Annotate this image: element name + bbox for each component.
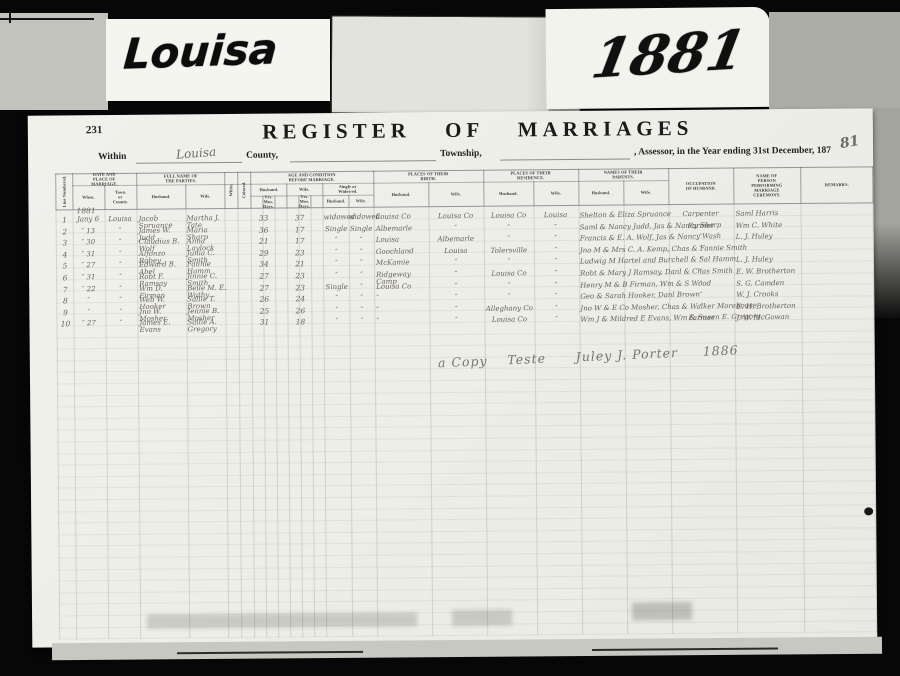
cell-w_age: 26 xyxy=(288,307,312,315)
cell-occupation: ″ xyxy=(672,303,730,311)
cell-w_age: 21 xyxy=(288,261,312,269)
cell-occupation: Carpenter xyxy=(672,210,730,218)
cell-h_age: 29 xyxy=(252,249,276,257)
cell-no: 1 xyxy=(58,216,72,223)
cell-minister: S. G. Camden xyxy=(736,279,804,287)
cell-birth_w: ″ xyxy=(429,282,483,290)
cell-town: ″ xyxy=(105,239,136,246)
col-header-single-widowed: Single or Widowed. xyxy=(322,183,373,195)
cell-no: 8 xyxy=(58,297,72,304)
cell-minister: E. W. Brotherton xyxy=(736,268,804,276)
cell-town: ″ xyxy=(105,274,136,281)
cell-w_age: 23 xyxy=(288,272,312,280)
cell-w_age: 24 xyxy=(288,295,312,303)
cell-occupation: Farmer xyxy=(672,222,730,230)
col-header-age-condition: AGE AND CONDITION BEFORE MARRIAGE. xyxy=(250,171,373,184)
cell-minister: Wm C. White xyxy=(736,221,804,229)
cell-minister: L. J. Huley xyxy=(736,233,804,241)
col-header-birth-wife: Wife. xyxy=(428,182,483,206)
cell-no: 2 xyxy=(58,228,72,235)
col-header-parents-wife: Wife. xyxy=(623,180,668,204)
cell-cond_w: Single xyxy=(349,225,374,232)
cell-cond_w: ″ xyxy=(349,306,374,313)
within-label: Within xyxy=(98,152,126,162)
grid-line xyxy=(310,195,311,207)
rule-line xyxy=(58,492,876,500)
smudge-mark xyxy=(147,612,417,628)
cell-when: ″ 31 xyxy=(73,251,104,258)
cell-w_age: 17 xyxy=(288,237,312,245)
cell-cond_w: ″ xyxy=(349,295,374,302)
cell-birth_h: Louisa xyxy=(376,236,428,244)
cell-no: 4 xyxy=(58,251,72,258)
cell-town: ″ xyxy=(105,297,136,304)
col-header-parents: NAMES OF THEIR PARENTS. xyxy=(578,168,668,181)
cell-res_w: ″ xyxy=(534,247,578,254)
cell-cond_h: Single xyxy=(324,225,349,232)
handwritten-county: Louisa xyxy=(176,145,217,162)
cell-minister: L. J. Huley xyxy=(736,256,804,264)
cell-minister: J. W. McGowan xyxy=(736,314,804,322)
cell-cond_w: ″ xyxy=(349,260,374,267)
col-header-town-county: Town or County. xyxy=(104,185,136,209)
year-label-text: 1881 xyxy=(587,17,751,90)
cell-res_h: Alleghany Co xyxy=(485,305,533,312)
cell-res_h: ″ xyxy=(485,224,533,231)
rule-line xyxy=(58,481,876,489)
col-header-remarks: REMARKS. xyxy=(800,166,873,203)
cell-h_age: 33 xyxy=(252,214,276,222)
cell-birth_h: Albemarle xyxy=(376,225,428,233)
cell-res_h: Louisa Co xyxy=(485,270,533,277)
cell-occupation: ″ xyxy=(672,268,730,276)
page-title: REGISTER OF MARRIAGES xyxy=(178,115,778,145)
col-header-sw-wife: Wife. xyxy=(348,195,373,207)
cell-no: 6 xyxy=(58,274,72,281)
cell-w_age: 23 xyxy=(288,249,312,257)
rule-line xyxy=(57,388,875,396)
year-label-card: 1881 xyxy=(545,7,770,109)
cell-town: ″ xyxy=(105,308,136,315)
cell-res_w: ″ xyxy=(534,223,578,230)
blank-gray-card xyxy=(331,15,582,114)
cell-no: 9 xyxy=(58,309,72,316)
right-paper-scrap xyxy=(769,12,900,110)
cell-town: ″ xyxy=(105,320,136,327)
col-header-colored: Colored. xyxy=(237,172,250,208)
rule-line xyxy=(57,411,875,419)
cell-occupation: ″ xyxy=(672,292,730,300)
cell-birth_h: ″ xyxy=(376,306,428,314)
cell-res_h: Louisa Co xyxy=(485,212,533,219)
cell-occupation: ″ xyxy=(672,234,730,242)
grid-line xyxy=(298,195,299,207)
cell-cond_w: ″ xyxy=(349,237,374,244)
cell-husband: James E. Evans xyxy=(139,319,187,333)
edge-line-mark xyxy=(592,648,778,651)
cell-town: ″ xyxy=(105,262,136,269)
col-header-residence: PLACES OF THEIR RESIDENCE. xyxy=(483,169,578,182)
rule-line xyxy=(58,527,876,535)
cell-h_age: 25 xyxy=(252,307,276,315)
cell-birth_w: ″ xyxy=(429,317,483,325)
rule-line xyxy=(59,597,877,605)
cell-w_age: 17 xyxy=(288,226,312,234)
smudge-mark xyxy=(452,609,512,626)
township-label: Township, xyxy=(440,149,482,159)
cell-town: ″ xyxy=(105,285,136,292)
cell-no: 10 xyxy=(58,321,72,328)
cell-birth_w: Louisa xyxy=(429,247,483,255)
cell-occupation: ″ xyxy=(672,280,730,288)
cell-when: ″ xyxy=(73,309,104,316)
cell-res_h: ″ xyxy=(485,235,533,242)
cell-cond_w: ″ xyxy=(349,318,374,325)
cell-cond_w: widowed xyxy=(349,214,374,221)
cell-res_w: ″ xyxy=(534,258,578,265)
cell-birth_h: Goochland xyxy=(376,248,428,256)
cell-minister: E. H. Brotherton xyxy=(736,302,804,310)
page-subtitle: Within Louisa County, Township, , Assess… xyxy=(28,142,873,165)
scrap-top-line xyxy=(0,18,94,20)
grid-line xyxy=(348,195,349,207)
cell-res_h: ″ xyxy=(485,293,533,300)
cell-cond_w: ″ xyxy=(349,283,374,290)
cell-birth_w: ″ xyxy=(429,259,483,267)
county-label-card: Louisa xyxy=(106,19,330,101)
cell-occupation: Farmer xyxy=(672,315,730,323)
cell-when: Jany 6 xyxy=(73,216,104,223)
cell-occupation: ″ xyxy=(672,245,730,253)
grid-line xyxy=(428,182,429,206)
cell-res_h: Tolersville xyxy=(485,247,533,254)
grid-line xyxy=(262,196,263,208)
rule-line xyxy=(58,504,876,512)
rule-line xyxy=(58,515,876,523)
rule-line xyxy=(58,457,876,465)
col-header-date-place: DATE AND PLACE OF MARRIAGE. xyxy=(72,173,136,186)
cell-h_age: 36 xyxy=(252,226,276,234)
cell-minister: W. J. Crooks xyxy=(736,291,804,299)
cell-res_w: ″ xyxy=(534,316,578,323)
grid-line xyxy=(185,184,186,208)
cell-when: ″ 22 xyxy=(73,285,104,292)
cell-res_w: ″ xyxy=(534,305,578,312)
rule-line xyxy=(57,376,875,384)
cell-when: ″ 31 xyxy=(73,274,104,281)
cell-res_h: ″ xyxy=(485,258,533,265)
county-label-text: Louisa xyxy=(122,24,279,78)
cell-when: ″ 30 xyxy=(73,239,104,246)
rule-line xyxy=(58,539,876,547)
cell-w_age: 18 xyxy=(288,319,312,327)
cell-h_age: 26 xyxy=(252,296,276,304)
cell-cond_h: ″ xyxy=(324,260,349,267)
rule-line xyxy=(57,423,875,431)
rule-line xyxy=(59,573,877,581)
col-header-occupation: OCCUPATION OF HUSBAND. xyxy=(668,168,733,205)
cell-h_age: 31 xyxy=(252,319,276,327)
col-header-line-number: Line Numbered. xyxy=(55,173,72,209)
page-number: 231 xyxy=(86,124,103,136)
cell-res_w: ″ xyxy=(534,270,578,277)
cell-res_h: ″ xyxy=(485,282,533,289)
cell-cond_w: ″ xyxy=(349,272,374,279)
cell-cond_h: ″ xyxy=(324,272,349,279)
col-header-ymd-wife: Yrs. Mos. Days. xyxy=(286,195,322,207)
cell-cond_h: ″ xyxy=(324,237,349,244)
blank-rule xyxy=(136,162,242,164)
cell-town: ″ xyxy=(105,250,136,257)
rule-line xyxy=(57,399,875,407)
grid-line xyxy=(623,180,624,204)
cell-birth_w: ″ xyxy=(429,270,483,278)
edge-line-mark xyxy=(177,651,363,654)
left-paper-scrap xyxy=(0,13,108,110)
cell-cond_h: ″ xyxy=(324,295,349,302)
cell-res_w: ″ xyxy=(534,281,578,288)
col-header-res-husband: Husband. xyxy=(483,181,533,205)
handwritten-year: 81 xyxy=(839,133,861,152)
cell-wife: Sallie A. Gregory xyxy=(187,319,227,333)
cell-res_w: Louisa xyxy=(534,212,578,219)
col-header-husband-name: Husband. xyxy=(136,184,185,208)
cell-res_h: Louisa Co xyxy=(485,316,533,323)
cell-h_age: 27 xyxy=(252,272,276,280)
rule-line xyxy=(59,585,877,593)
cell-no: 7 xyxy=(58,286,72,293)
cell-birth_h: ″ xyxy=(376,294,428,302)
cell-cond_h: widowed xyxy=(324,214,349,221)
cell-h_age: 21 xyxy=(252,238,276,246)
col-header-sw-husband: Husband. xyxy=(322,195,348,207)
cell-when: ″ 27 xyxy=(73,320,104,327)
cell-cond_h: ″ xyxy=(324,307,349,314)
col-header-birth: PLACES OF THEIR BIRTH. xyxy=(373,170,483,183)
rule-line xyxy=(58,434,876,442)
smudge-mark xyxy=(632,602,692,621)
cell-cond_h: ″ xyxy=(324,318,349,325)
cell-res_w: ″ xyxy=(534,293,578,300)
cell-w_age: 23 xyxy=(288,284,312,292)
rule-line xyxy=(59,562,877,570)
rule-line xyxy=(58,469,876,477)
blank-rule xyxy=(290,160,436,162)
col-header-white: White. xyxy=(224,172,237,208)
register-page: 231 REGISTER OF MARRIAGES Within Louisa … xyxy=(28,108,878,647)
cell-when: ″ 27 xyxy=(73,262,104,269)
cell-birth_h: Louisa Co xyxy=(376,213,428,221)
cell-birth_w: Albemarle xyxy=(429,236,483,244)
cell-minister: Saml Harris xyxy=(736,210,804,218)
cell-res_w: ″ xyxy=(534,235,578,242)
cell-occupation: ″ xyxy=(672,257,730,265)
county-label: County, xyxy=(246,151,278,161)
ink-dot xyxy=(864,507,873,515)
cell-town: ″ xyxy=(105,227,136,234)
col-header-res-wife: Wife. xyxy=(533,181,578,205)
rule-line xyxy=(57,342,875,350)
cell-when: ″ xyxy=(73,297,104,304)
col-header-wife-name: Wife. xyxy=(185,184,225,208)
cell-birth_w: ″ xyxy=(429,294,483,302)
cell-birth_w: ″ xyxy=(429,224,483,232)
cell-birth_w: ″ xyxy=(429,305,483,313)
cell-birth_h: Louisa Co xyxy=(376,283,428,291)
cell-cond_h: ″ xyxy=(324,249,349,256)
cell-birth_h: McKamie xyxy=(376,259,428,267)
assessor-label: , Assessor, in the Year ending 31st Dece… xyxy=(634,146,831,158)
rule-line xyxy=(59,550,877,558)
cell-cond_w: ″ xyxy=(349,248,374,255)
col-header-parents-husband: Husband. xyxy=(578,181,623,205)
grid-line xyxy=(533,181,534,205)
cell-cond_h: Single xyxy=(324,283,349,290)
cell-birth_h: ″ xyxy=(376,317,428,325)
col-header-minister: NAME OF PERSON PERFORMING MARRIAGE CEREM… xyxy=(733,167,800,204)
col-header-birth-husband: Husband. xyxy=(373,182,428,206)
scanned-register-image: Louisa 1881 231 REGISTER OF MARRIAGES Wi… xyxy=(0,0,900,676)
blank-rule xyxy=(500,158,630,160)
scrap-tick-mark xyxy=(9,13,11,23)
cell-when: ″ 13 xyxy=(73,227,104,234)
grid-line xyxy=(104,185,105,209)
grid-line xyxy=(274,196,275,208)
cell-no: 3 xyxy=(58,239,72,246)
col-header-full-name: FULL NAME OF THE PARTIES. xyxy=(136,172,225,185)
rule-line xyxy=(58,446,876,454)
handwritten-year-note: 1881 xyxy=(76,206,95,215)
cell-h_age: 34 xyxy=(252,261,276,269)
cell-town: Louisa xyxy=(105,216,136,223)
col-header-ymd-husband: Yrs. Mos. Days. xyxy=(250,195,286,207)
cell-h_age: 27 xyxy=(252,284,276,292)
cell-no: 5 xyxy=(58,263,72,270)
cell-w_age: 37 xyxy=(288,214,312,222)
cell-birth_w: Louisa Co xyxy=(429,212,483,220)
